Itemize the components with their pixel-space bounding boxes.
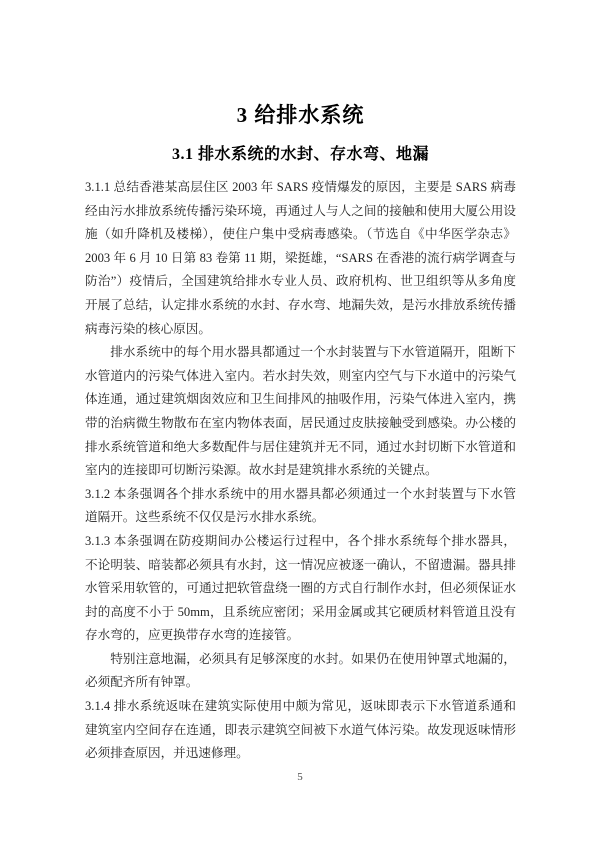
paragraph: 3.1.2 本条强调各个排水系统中的用水器具都必须通过一个水封装置与下水管道隔开… [85,483,516,530]
page-number: 5 [0,770,600,784]
paragraph: 3.1.3 本条强调在防疫期间办公楼运行过程中，各个排水系统每个排水器具，不论明… [85,530,516,648]
paragraph: 3.1.1 总结香港某高层住区 2003 年 SARS 疫情爆发的原因，主要是 … [85,176,516,341]
text-column: 3 给排水系统 3.1 排水系统的水封、存水弯、地漏 3.1.1 总结香港某高层… [85,0,516,766]
document-body: 3.1.1 总结香港某高层住区 2003 年 SARS 疫情爆发的原因，主要是 … [85,176,516,766]
paragraph: 特别注意地漏，必须具有足够深度的水封。如果仍在使用钟罩式地漏的，必须配齐所有钟罩… [85,648,516,695]
section-title: 3.1 排水系统的水封、存水弯、地漏 [85,143,516,167]
document-page: 3 给排水系统 3.1 排水系统的水封、存水弯、地漏 3.1.1 总结香港某高层… [0,0,600,848]
paragraph: 3.1.4 排水系统返味在建筑实际使用中颇为常见，返味即表示下水管道系通和建筑室… [85,695,516,766]
paragraph: 排水系统中的每个用水器具都通过一个水封装置与下水管道隔开，阻断下水管道内的污染气… [85,341,516,483]
chapter-title: 3 给排水系统 [85,0,516,130]
